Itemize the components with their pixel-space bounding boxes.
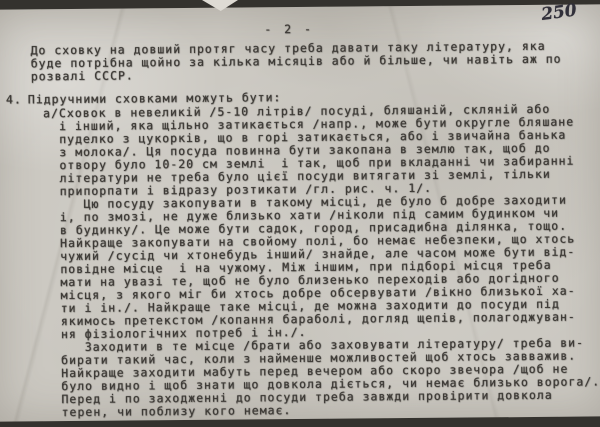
intro-paragraph: До сховку на довший протяг часу треба да… [31,40,562,84]
item-4a-text: Сховок в невеликій /5-10 літрів/ посуді,… [59,102,600,419]
list-item-4a: а/ Сховок в невеликій /5-10 літрів/ посу… [43,102,600,419]
item-4-number: 4. [6,92,22,106]
page-number: - 2 - [264,23,314,36]
scanned-document: - 2 - 250 До сховку на довший протяг час… [0,0,600,427]
handwritten-page-number: 250 [540,1,578,25]
item-4a-marker: а/ [43,107,59,120]
document-page: - 2 - 250 До сховку на довший протяг час… [0,4,600,421]
